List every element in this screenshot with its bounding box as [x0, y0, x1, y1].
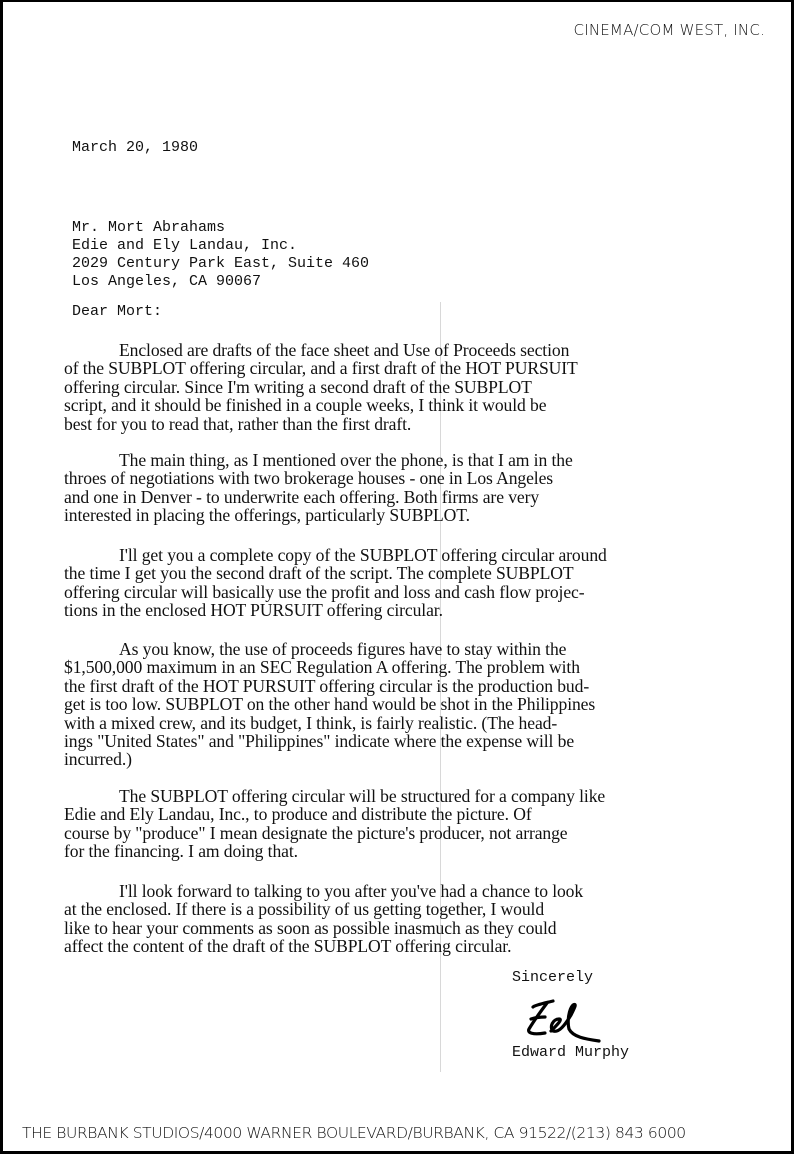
paragraph-line: Edie and Ely Landau, Inc., to produce an… [64, 805, 784, 823]
footer-address: THE BURBANK STUDIOS/4000 WARNER BOULEVAR… [22, 1124, 686, 1142]
recipient-city: Los Angeles, CA 90067 [72, 273, 369, 291]
paragraph-line: the first draft of the HOT PURSUIT offer… [64, 677, 784, 695]
paragraph-line: The SUBPLOT offering circular will be st… [64, 787, 784, 805]
paragraph-line: like to hear your comments as soon as po… [64, 919, 784, 937]
paragraph: Enclosed are drafts of the face sheet an… [64, 341, 784, 433]
paragraph-line: As you know, the use of proceeds figures… [64, 640, 784, 658]
paragraph-line: at the enclosed. If there is a possibili… [64, 900, 784, 918]
paragraph: I'll look forward to talking to you afte… [64, 882, 784, 956]
paragraph-line: The main thing, as I mentioned over the … [64, 451, 784, 469]
paragraph-line: the time I get you the second draft of t… [64, 564, 784, 582]
paragraph: The SUBPLOT offering circular will be st… [64, 787, 784, 861]
paragraph-line: for the financing. I am doing that. [64, 842, 784, 860]
paragraph-line: of the SUBPLOT offering circular, and a … [64, 359, 784, 377]
letter-page: CINEMA/COM WEST, INC. March 20, 1980 Mr.… [0, 0, 794, 1154]
paragraph-line: Enclosed are drafts of the face sheet an… [64, 341, 784, 359]
paragraph-line: ings "United States" and "Philippines" i… [64, 732, 784, 750]
paragraph-line: with a mixed crew, and its budget, I thi… [64, 714, 784, 732]
paragraph-line: I'll look forward to talking to you afte… [64, 882, 784, 900]
recipient-address: Mr. Mort Abrahams Edie and Ely Landau, I… [72, 219, 369, 291]
paragraph-line: $1,500,000 maximum in an SEC Regulation … [64, 658, 784, 676]
recipient-street: 2029 Century Park East, Suite 460 [72, 255, 369, 273]
paragraph-line: affect the content of the draft of the S… [64, 937, 784, 955]
paragraph: The main thing, as I mentioned over the … [64, 451, 784, 525]
paragraph-line: throes of negotiations with two brokerag… [64, 469, 784, 487]
paragraph-line: and one in Denver - to underwrite each o… [64, 488, 784, 506]
letter-date: March 20, 1980 [72, 139, 198, 156]
paragraph-line: incurred.) [64, 750, 784, 768]
paragraph-line: script, and it should be finished in a c… [64, 396, 784, 414]
paragraph-line: course by "produce" I mean designate the… [64, 824, 784, 842]
signer-name: Edward Murphy [512, 1044, 629, 1061]
paragraph-line: get is too low. SUBPLOT on the other han… [64, 695, 784, 713]
paragraph-line: offering circular will basically use the… [64, 583, 784, 601]
letterhead-company: CINEMA/COM WEST, INC. [574, 21, 765, 39]
paragraph-line: I'll get you a complete copy of the SUBP… [64, 546, 784, 564]
signature-icon [523, 995, 603, 1048]
paragraph: As you know, the use of proceeds figures… [64, 640, 784, 769]
recipient-name: Mr. Mort Abrahams [72, 219, 369, 237]
closing: Sincerely [512, 969, 593, 986]
recipient-company: Edie and Ely Landau, Inc. [72, 237, 369, 255]
paragraph-line: best for you to read that, rather than t… [64, 415, 784, 433]
paragraph-line: interested in placing the offerings, par… [64, 506, 784, 524]
paragraph-line: tions in the enclosed HOT PURSUIT offeri… [64, 601, 784, 619]
paragraph-line: offering circular. Since I'm writing a s… [64, 378, 784, 396]
paragraph: I'll get you a complete copy of the SUBP… [64, 546, 784, 620]
salutation: Dear Mort: [72, 303, 162, 320]
